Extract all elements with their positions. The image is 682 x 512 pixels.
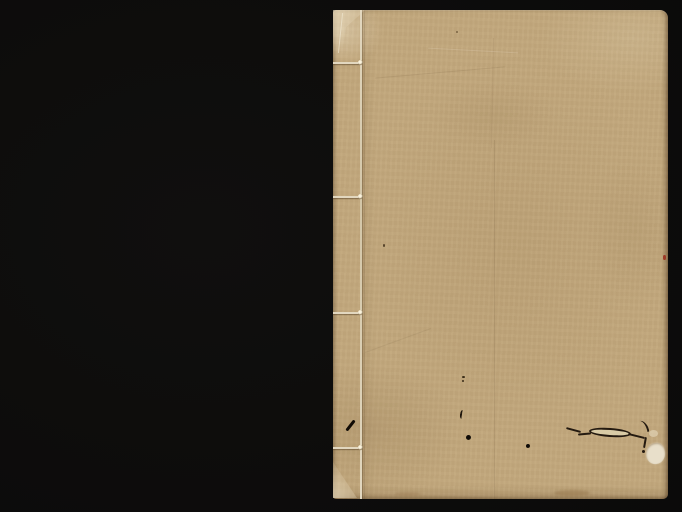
wormhole-1 [466, 435, 471, 440]
stitch-2 [333, 196, 361, 198]
wormhole-2 [526, 444, 530, 448]
bottom-edge-scuff-2 [395, 492, 421, 496]
exposed-paper-small [649, 430, 658, 437]
stitch-hole-3 [358, 310, 363, 315]
stitch-3 [333, 312, 361, 314]
stitch-1 [333, 62, 361, 64]
double-speck [462, 376, 465, 383]
small-speck [383, 244, 385, 247]
paper-texture [333, 10, 668, 499]
tear-dot [642, 450, 645, 453]
fore-edge-red-fleck [663, 255, 666, 260]
photo-background [0, 0, 682, 512]
stitch-hole-1 [358, 60, 363, 65]
stitch-4 [333, 447, 361, 449]
bottom-edge-scuff [554, 490, 590, 496]
stitch-hole-2 [358, 194, 363, 199]
center-vertical-crease [494, 140, 495, 499]
spine-vertical-thread [360, 10, 362, 499]
tiny-speck-top [456, 31, 458, 33]
spine-fold-crease [364, 10, 365, 499]
stitch-hole-4 [358, 445, 363, 450]
book-cover [333, 10, 668, 499]
